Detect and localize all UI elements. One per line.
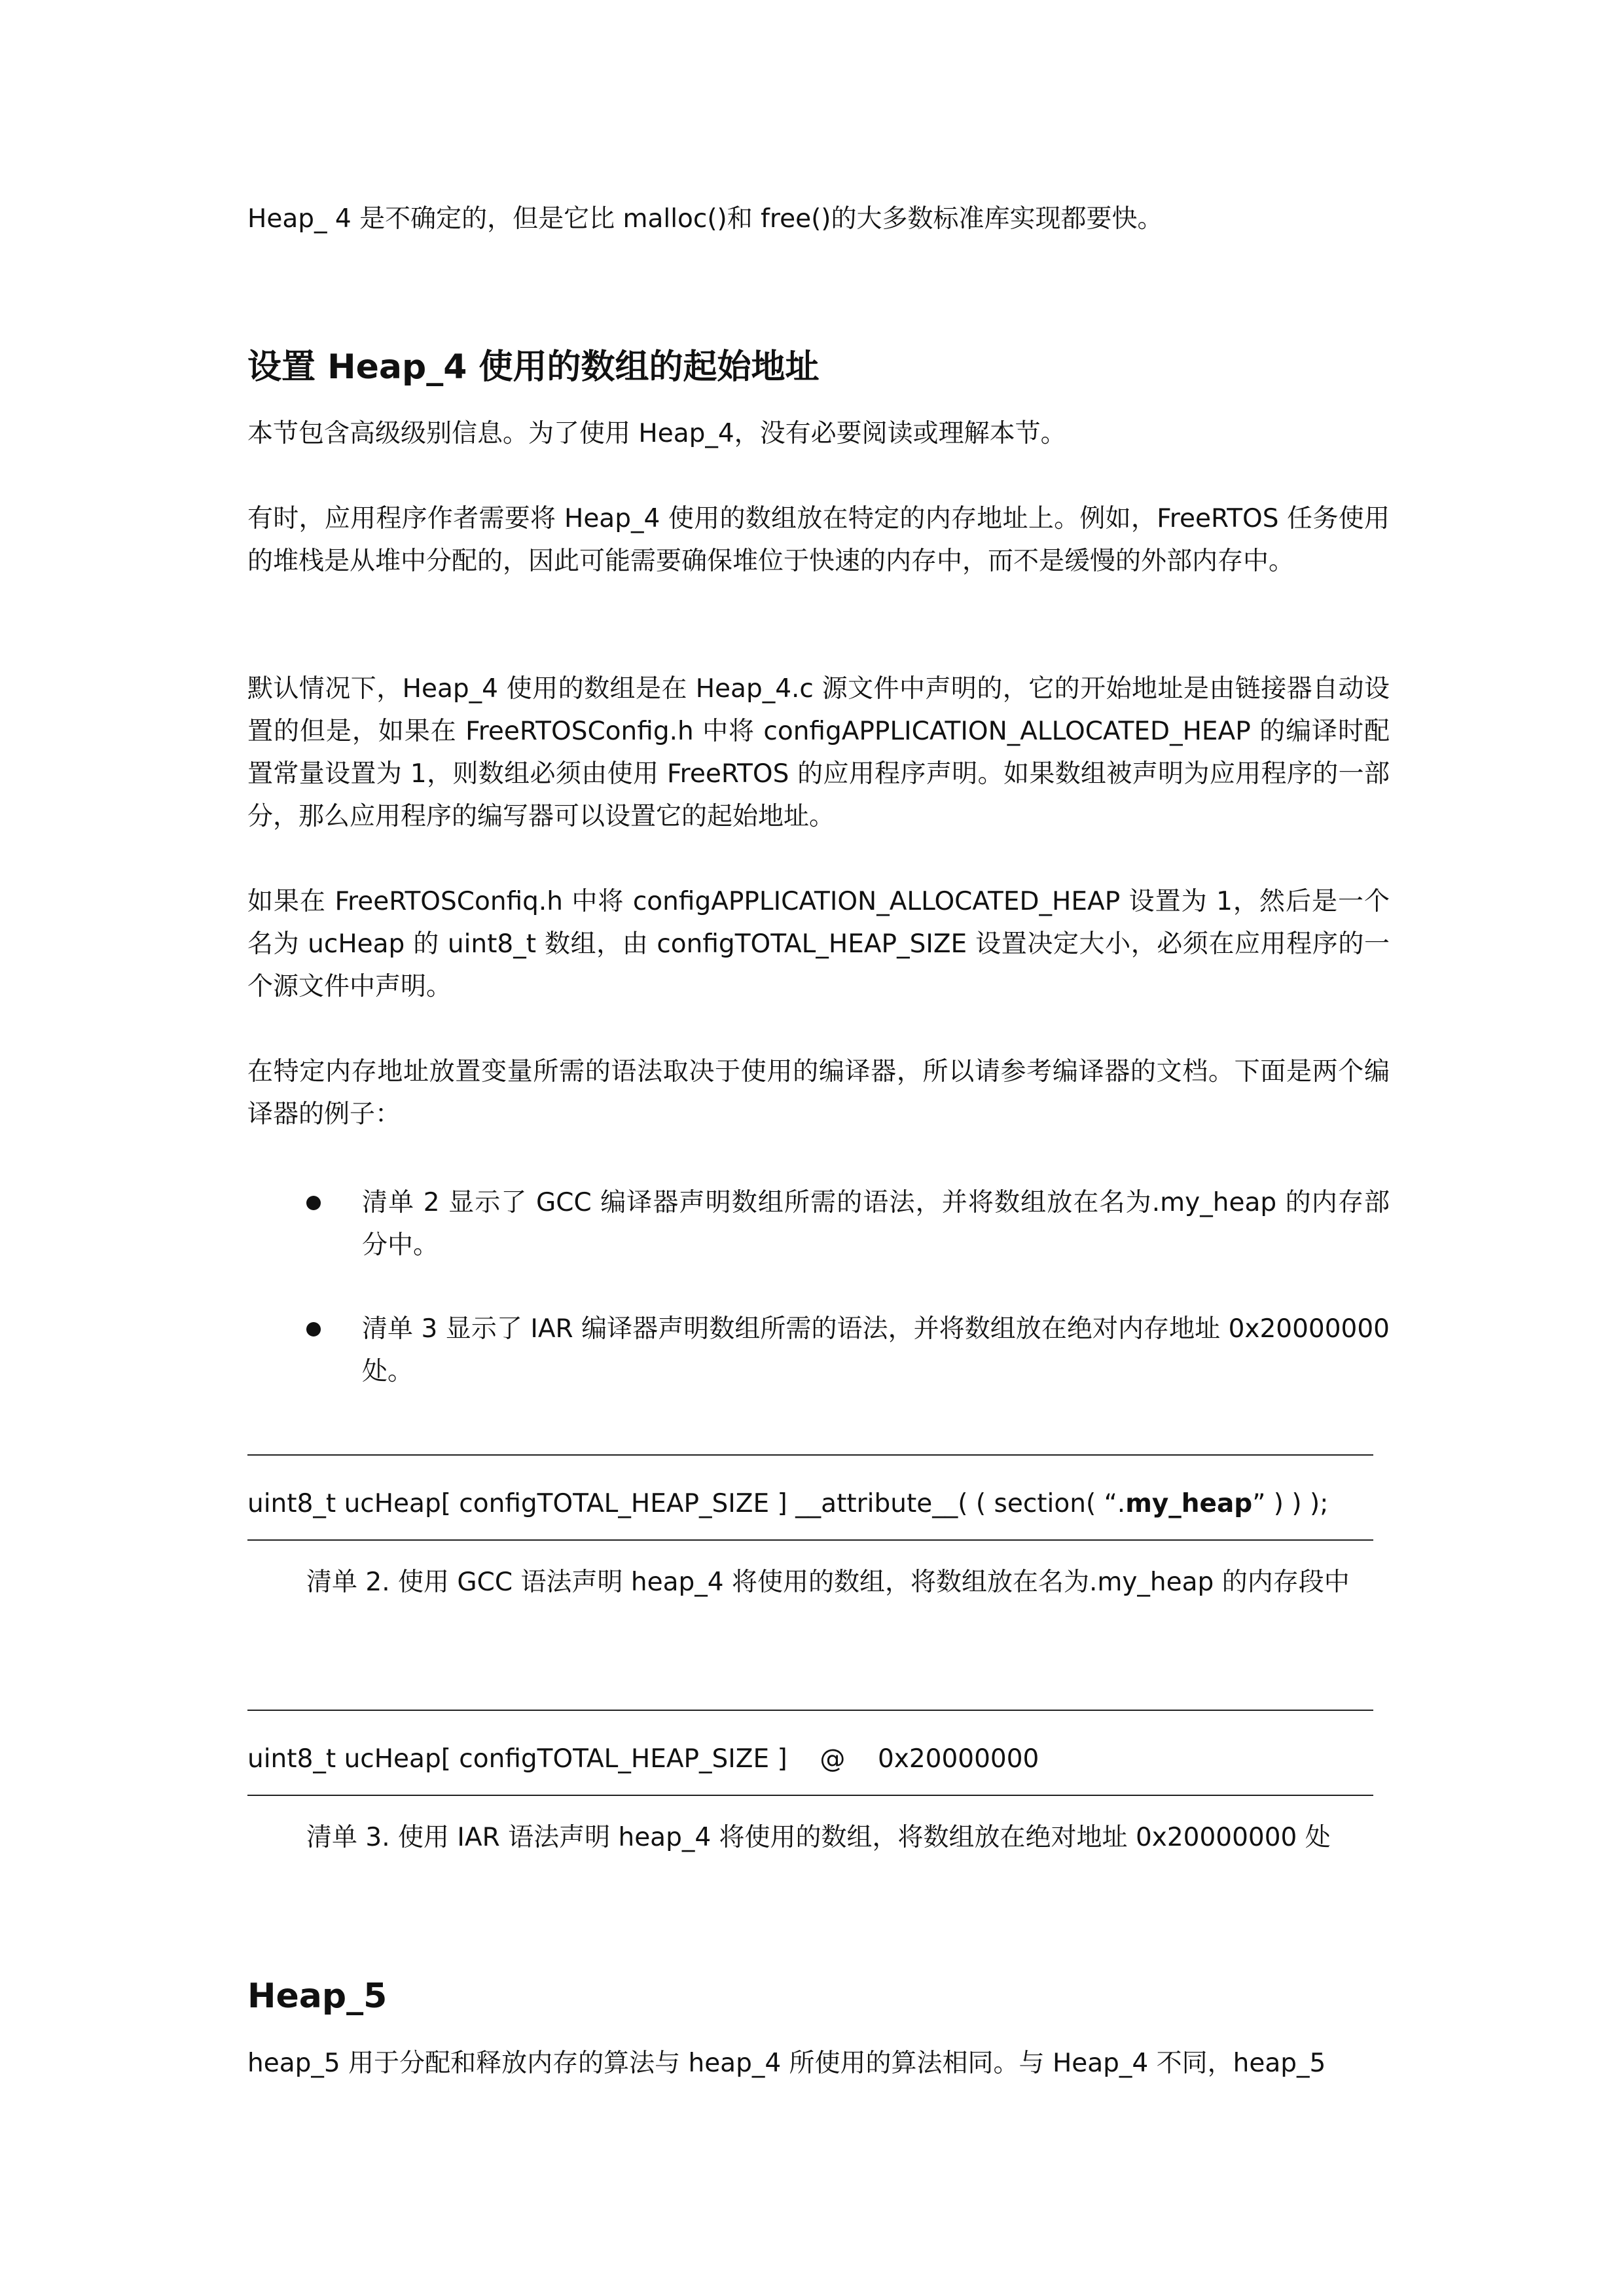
section-heading-start-address: 设置 Heap_4 使用的数组的起始地址 — [247, 344, 820, 390]
code-text: uint8_t ucHeap[ configTOTAL_HEAP_SIZE ] … — [247, 1489, 1125, 1518]
code-section-name: my_heap — [1125, 1489, 1252, 1518]
paragraph-heap5-intro: heap_5 用于分配和释放内存的算法与 heap_4 所使用的算法相同。与 H… — [247, 2042, 1390, 2085]
listing-bottom-rule — [247, 1539, 1373, 1541]
bullet-dot-icon — [306, 1196, 321, 1210]
paragraph-default-behaviour: 默认情况下，Heap_4 使用的数组是在 Heap_4.c 源文件中声明的，它的… — [247, 668, 1390, 838]
listing-caption-2: 清单 2. 使用 GCC 语法声明 heap_4 将使用的数组，将数组放在名为.… — [247, 1561, 1390, 1604]
code-text: uint8_t ucHeap[ configTOTAL_HEAP_SIZE ] … — [247, 1744, 1039, 1774]
bullet-dot-icon — [306, 1322, 321, 1336]
code-listing-gcc: uint8_t ucHeap[ configTOTAL_HEAP_SIZE ] … — [247, 1482, 1328, 1525]
bullet-text: 清单 3 显示了 IAR 编译器声明数组所需的语法，并将数组放在绝对内存地址 0… — [362, 1308, 1390, 1393]
paragraph-advanced-info: 本节包含高级级别信息。为了使用 Heap_4，没有必要阅读或理解本节。 — [247, 412, 1390, 455]
intro-paragraph: Heap_ 4 是不确定的，但是它比 malloc()和 free()的大多数标… — [247, 198, 1390, 240]
section-heading-heap5: Heap_5 — [247, 1973, 387, 2019]
bullet-text: 清单 2 显示了 GCC 编译器声明数组所需的语法，并将数组放在名为.my_he… — [362, 1181, 1390, 1266]
paragraph-compiler-syntax: 在特定内存地址放置变量所需的语法取决于使用的编译器，所以请参考编译器的文档。下面… — [247, 1050, 1390, 1136]
code-text-end: ” ) ) ); — [1252, 1489, 1328, 1518]
paragraph-placement-reason: 有时，应用程序作者需要将 Heap_4 使用的数组放在特定的内存地址上。例如，F… — [247, 497, 1390, 583]
listing-top-rule — [247, 1454, 1373, 1456]
paragraph-application-allocated: 如果在 FreeRTOSConfiq.h 中将 configAPPLICATIO… — [247, 880, 1390, 1008]
listing-bottom-rule — [247, 1795, 1373, 1796]
code-listing-iar: uint8_t ucHeap[ configTOTAL_HEAP_SIZE ] … — [247, 1738, 1039, 1780]
listing-caption-3: 清单 3. 使用 IAR 语法声明 heap_4 将使用的数组，将数组放在绝对地… — [247, 1816, 1390, 1859]
listing-top-rule — [247, 1710, 1373, 1711]
